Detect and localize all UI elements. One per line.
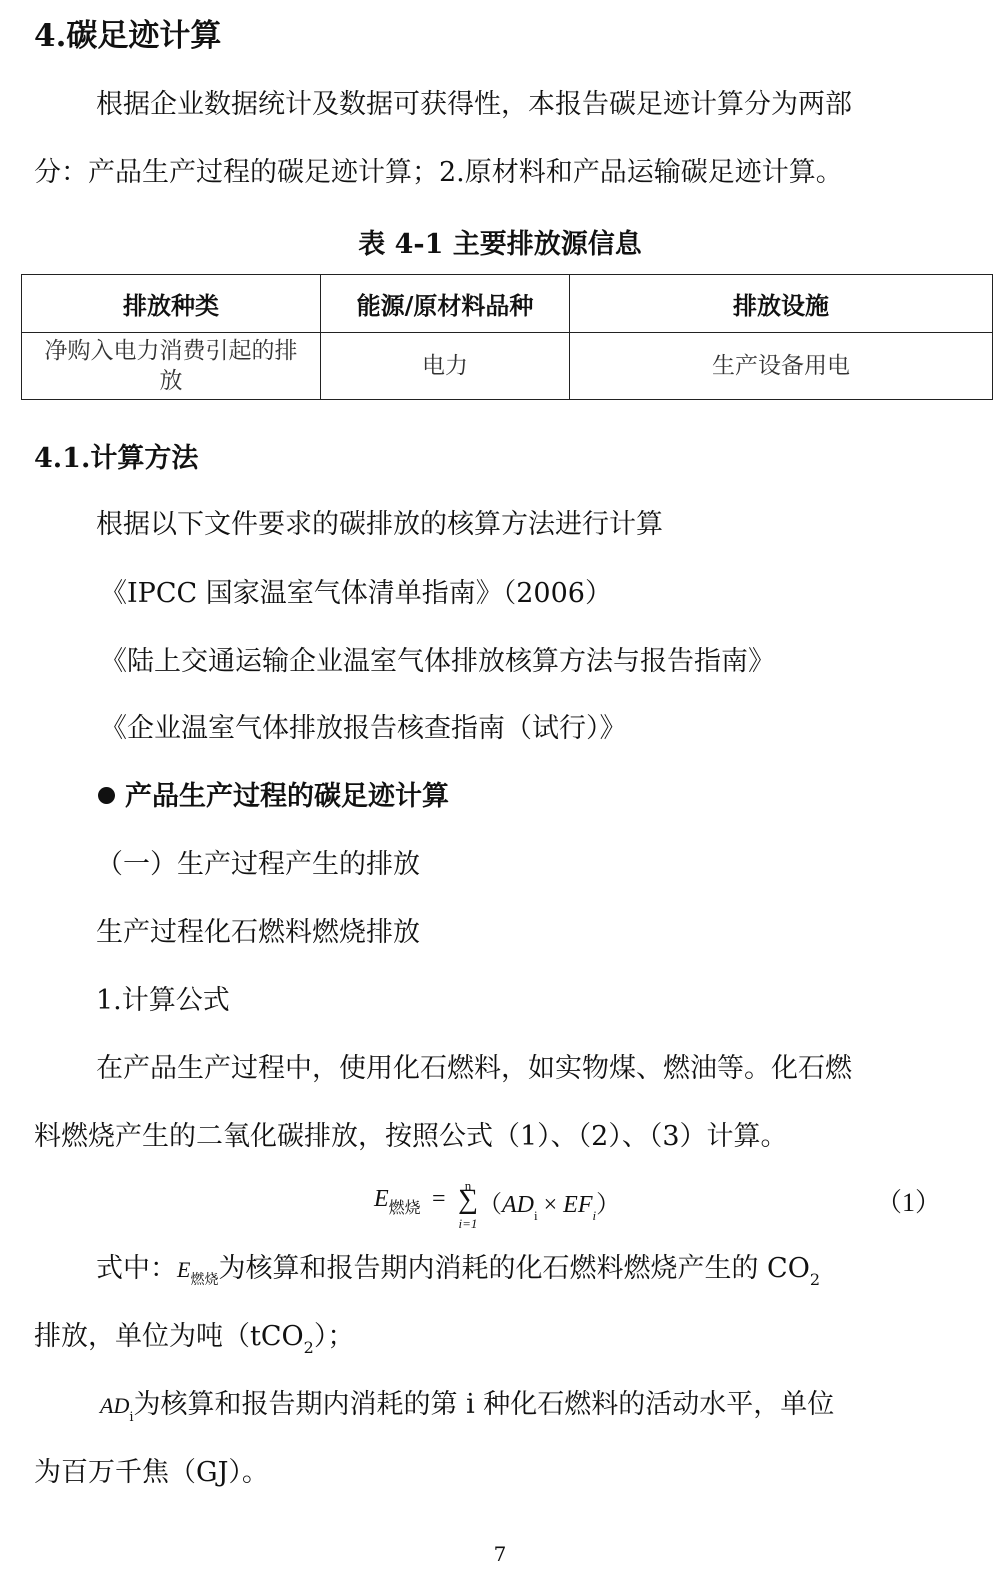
subsection-title: 4.1.计算方法 (34, 436, 198, 475)
definition-e-text: 为核算和报告期内消耗的化石燃料燃烧产生的 CO (218, 1253, 809, 1284)
formula-ad: AD (502, 1192, 534, 1218)
definition-e-combustion: 式中：E燃烧为核算和报告期内消耗的化石燃料燃烧产生的 CO2 (96, 1252, 820, 1290)
column-header-energy-material: 能源/原材料品种 (321, 275, 570, 333)
cell-emission-type: 净购入电力消费引起的排放 (22, 333, 321, 400)
definition-ad: ADi为核算和报告期内消耗的第 i 种化石燃料的活动水平，单位 (100, 1388, 834, 1427)
sub-heading-fossil-fuel: 生产过程化石燃料燃烧排放 (96, 916, 420, 950)
formula-number: （1） (876, 1182, 941, 1219)
column-header-emission-facility: 排放设施 (570, 275, 993, 333)
definition-prefix: 式中： (96, 1253, 177, 1284)
formula-ef-sub: i (593, 1208, 597, 1223)
method-lead: 根据以下文件要求的碳排放的核算方法进行计算 (96, 508, 663, 542)
body-line-1: 在产品生产过程中，使用化石燃料，如实物煤、燃油等。化石燃 (96, 1052, 852, 1086)
definition-ad-unit: 为百万千焦（GJ）。 (34, 1456, 269, 1490)
formula-close-paren: ） (596, 1192, 620, 1218)
intro-line-1: 根据企业数据统计及数据可获得性，本报告碳足迹计算分为两部 (96, 88, 852, 122)
definition-var-e-sub: 燃烧 (190, 1272, 218, 1288)
formula-ef: EF (563, 1192, 592, 1218)
table-row: 净购入电力消费引起的排放 电力 生产设备用电 (22, 333, 993, 400)
formula-ad-sub: i (534, 1208, 538, 1223)
column-header-emission-type: 排放种类 (22, 275, 321, 333)
formula-lhs: E燃烧 (374, 1186, 421, 1213)
emission-source-table: 排放种类 能源/原材料品种 排放设施 净购入电力消费引起的排放 电力 生产设备用… (21, 274, 993, 400)
body-line-2: 料燃烧产生的二氧化碳排放，按照公式（1）、（2）、（3）计算。 (34, 1120, 788, 1154)
formula-equals: = (432, 1186, 446, 1213)
co2-subscript: 2 (810, 1270, 820, 1289)
bullet-heading: 产品生产过程的碳足迹计算 (98, 780, 449, 814)
bullet-heading-text: 产品生产过程的碳足迹计算 (125, 781, 449, 812)
definition-var-e: E (177, 1257, 190, 1282)
table-caption: 表 4-1 主要排放源信息 (0, 222, 1000, 261)
tco2-subscript: 2 (304, 1338, 314, 1357)
definition-unit-close: ）； (314, 1321, 355, 1352)
definition-ad-text: 为核算和报告期内消耗的第 i 种化石燃料的活动水平，单位 (134, 1389, 835, 1420)
reference-land-transport: 《陆上交通运输企业温室气体排放核算方法与报告指南》 (100, 645, 775, 679)
table-header-row: 排放种类 能源/原材料品种 排放设施 (22, 275, 993, 333)
sub-heading-formula: 1.计算公式 (96, 984, 230, 1018)
definition-unit-text: 排放，单位为吨（tCO (34, 1321, 304, 1352)
formula-open-paren: （ (478, 1192, 502, 1218)
cell-emission-facility: 生产设备用电 (570, 333, 993, 400)
formula-times: × (544, 1192, 558, 1218)
reference-enterprise-verification: 《企业温室气体排放报告核查指南（试行）》 (100, 712, 627, 746)
sub-heading-production-emission: （一）生产过程产生的排放 (96, 848, 420, 882)
cell-energy-material: 电力 (321, 333, 570, 400)
intro-line-2: 分：产品生产过程的碳足迹计算；2.原材料和产品运输碳足迹计算。 (34, 156, 843, 190)
definition-var-ad: AD (100, 1393, 129, 1418)
section-title: 4.碳足迹计算 (34, 10, 221, 55)
formula-lhs-sub: 燃烧 (389, 1200, 421, 1217)
definition-e-unit: 排放，单位为吨（tCO2）； (34, 1320, 354, 1357)
formula-lhs-var: E (374, 1186, 389, 1212)
bullet-icon (98, 787, 115, 804)
page-number: 7 (0, 1542, 1000, 1566)
definition-var-ad-sub: i (129, 1410, 133, 1425)
formula-rhs: （ADi × EFi） (478, 1184, 620, 1219)
reference-ipcc: 《IPCC 国家温室气体清单指南》（2006） (100, 577, 612, 611)
